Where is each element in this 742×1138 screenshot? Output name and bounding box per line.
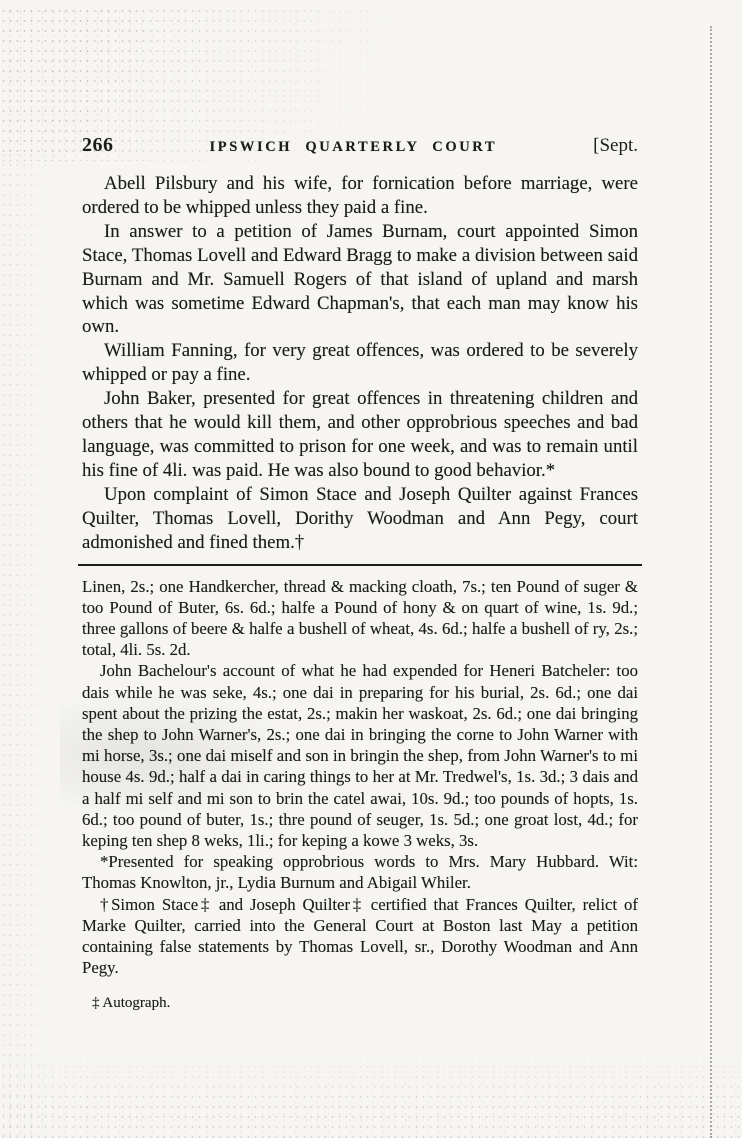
scan-noise-left-margin: [0, 150, 62, 1138]
page-edge-line: [710, 26, 712, 1138]
court-record-paragraph: Abell Pilsbury and his wife, for fornica…: [82, 172, 638, 220]
footnote-continuation-paragraph: Linen, 2s.; one Handkercher, thread & ma…: [82, 576, 638, 661]
page-header: 266 IPSWICH QUARTERLY COURT [Sept.: [82, 134, 638, 157]
scan-noise-bottom: [0, 1042, 742, 1138]
court-records-body: Abell Pilsbury and his wife, for fornica…: [82, 172, 638, 555]
footnote-divider-rule: [78, 564, 642, 566]
court-record-paragraph: Upon complaint of Simon Stace and Joseph…: [82, 483, 638, 555]
footnote-asterisk-paragraph: *Presented for speaking opprobrious word…: [82, 851, 638, 893]
court-record-paragraph: In answer to a petition of James Burnam,…: [82, 220, 638, 340]
court-record-paragraph: John Baker, presented for great offences…: [82, 387, 638, 483]
text-block: 266 IPSWICH QUARTERLY COURT [Sept. Abell…: [82, 134, 638, 1015]
autograph-note: ‡ Autograph.: [82, 993, 638, 1014]
page-number: 266: [82, 134, 114, 157]
session-date-marker: [Sept.: [593, 135, 638, 157]
footnote-dagger-paragraph: †Simon Stace‡ and Joseph Quilter‡ certif…: [82, 894, 638, 979]
running-title: IPSWICH QUARTERLY COURT: [114, 139, 594, 156]
footnote-account-paragraph: John Bachelour's account of what he had …: [82, 660, 638, 851]
footnotes-section: Linen, 2s.; one Handkercher, thread & ma…: [82, 576, 638, 1015]
court-record-paragraph: William Fanning, for very great offences…: [82, 339, 638, 387]
